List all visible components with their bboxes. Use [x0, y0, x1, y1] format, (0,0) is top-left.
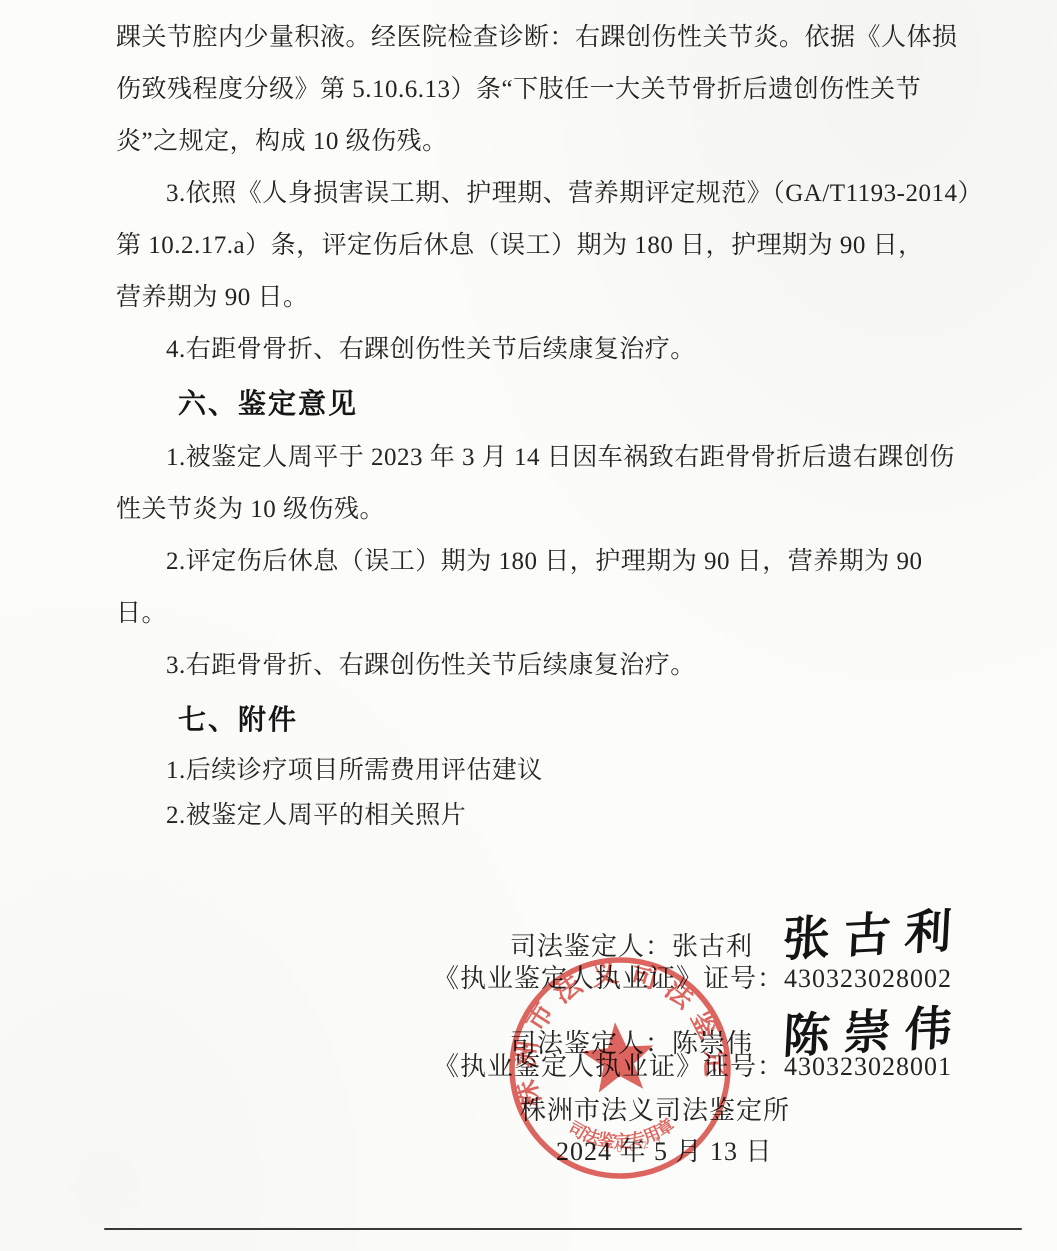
license-number-label: 《执业鉴定人执业证》证号：430323028001	[433, 1052, 952, 1081]
body-line: 性关节炎为 10 级伤残。	[116, 484, 958, 536]
body-line: 3.右距骨骨折、右踝创伤性关节后续康复治疗。	[116, 640, 958, 692]
report-date-label: 2024 年 5 月 13 日	[556, 1137, 773, 1166]
section-heading-attachments: 七、附件	[116, 692, 958, 748]
license-number-row: 《执业鉴定人执业证》证号：430323028001	[433, 1046, 952, 1083]
body-line: 伤致残程度分级》第 5.10.6.13）条“下肢任一大关节骨折后遗创伤性关节	[116, 64, 958, 116]
organization-name: 株洲市法义司法鉴定所	[520, 1090, 790, 1127]
body-line: 2.评定伤后休息（误工）期为 180 日，护理期为 90 日，营养期为 90	[116, 536, 958, 588]
document-page: 踝关节腔内少量积液。经医院检查诊断：右踝创伤性关节炎。依据《人体损 伤致残程度分…	[0, 0, 1057, 1251]
license-number-label: 《执业鉴定人执业证》证号：430323028002	[433, 964, 952, 993]
body-line: 营养期为 90 日。	[116, 272, 958, 324]
attachment-item: 1.后续诊疗项目所需费用评估建议	[116, 748, 958, 793]
report-date: 2024 年 5 月 13 日	[556, 1131, 773, 1168]
body-line: 炎”之规定，构成 10 级伤残。	[116, 116, 958, 168]
body-line: 日。	[116, 588, 958, 640]
body-line: 4.右距骨骨折、右踝创伤性关节后续康复治疗。	[116, 324, 958, 376]
appraiser-label: 司法鉴定人：张古利	[510, 932, 753, 961]
organization-label: 株洲市法义司法鉴定所	[520, 1096, 790, 1125]
body-line: 踝关节腔内少量积液。经医院检查诊断：右踝创伤性关节炎。依据《人体损	[116, 12, 958, 64]
body-line: 3.依照《人身损害误工期、护理期、营养期评定规范》（GA/T1193-2014）	[116, 168, 958, 220]
document-body: 踝关节腔内少量积液。经医院检查诊断：右踝创伤性关节炎。依据《人体损 伤致残程度分…	[116, 12, 958, 838]
body-line: 1.被鉴定人周平于 2023 年 3 月 14 日因车祸致右距骨骨折后遗右踝创伤	[116, 432, 958, 484]
body-line: 第 10.2.17.a）条，评定伤后休息（误工）期为 180 日，护理期为 90…	[116, 220, 958, 272]
section-heading-opinion: 六、鉴定意见	[116, 376, 958, 432]
footer-rule	[104, 1228, 1022, 1230]
attachment-item: 2.被鉴定人周平的相关照片	[116, 793, 958, 838]
license-number-row: 《执业鉴定人执业证》证号：430323028002	[433, 958, 952, 995]
